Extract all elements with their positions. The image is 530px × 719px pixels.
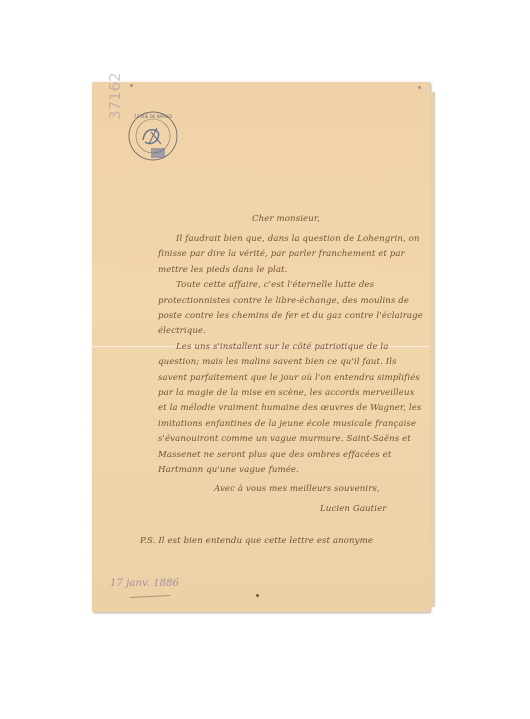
date-annotation: 17 janv. 1886 xyxy=(110,576,179,591)
closing: Avec à vous mes meilleurs souvenirs, xyxy=(214,482,380,497)
salutation: Cher monsieur, xyxy=(252,212,320,227)
pinhole xyxy=(256,594,259,597)
paragraph: Les uns s'installent sur le côté patriot… xyxy=(158,340,426,479)
paragraph: Il faudrait bien que, dans la question d… xyxy=(158,232,426,278)
address-stamp-icon: 72 RUE DE NAPLES xyxy=(127,110,179,162)
date-underline xyxy=(130,595,170,598)
svg-text:72 RUE DE NAPLES: 72 RUE DE NAPLES xyxy=(134,114,173,119)
letter-body: Il faudrait bien que, dans la question d… xyxy=(158,232,426,479)
paragraph: Toute cette affaire, c'est l'éternelle l… xyxy=(158,278,426,340)
pinhole xyxy=(418,86,421,89)
archive-number: 37162 xyxy=(106,72,124,120)
pinhole xyxy=(130,84,133,87)
page-edge xyxy=(430,92,434,607)
postscript: P.S. Il est bien entendu que cette lettr… xyxy=(140,534,373,549)
signature: Lucien Gautier xyxy=(320,502,386,517)
letter-page: 37162 72 RUE DE NAPLES Cher monsieur, Il… xyxy=(92,82,430,612)
